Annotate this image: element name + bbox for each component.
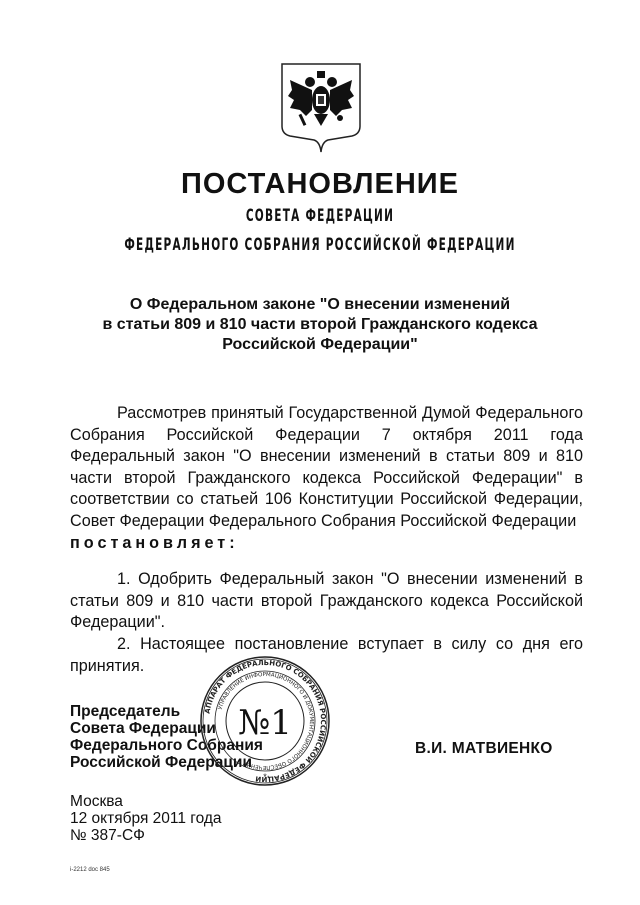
document-number: № 387-СФ	[70, 827, 222, 844]
subject-line: в статьи 809 и 810 части второй Гражданс…	[0, 315, 640, 335]
issuer-line-2: ФЕДЕРАЛЬНОГО СОБРАНИЯ РОССИЙСКОЙ ФЕДЕРАЦ…	[122, 235, 519, 255]
svg-text:*: *	[263, 772, 267, 782]
document-title: ПОСТАНОВЛЕНИЕ	[0, 168, 640, 201]
document-subject: О Федеральном законе "О внесении изменен…	[0, 295, 640, 355]
svg-text:№1: №1	[238, 703, 292, 743]
resolution-item-1: 1. Одобрить Федеральный закон "О внесени…	[70, 569, 583, 634]
document-body: Рассмотрев принятый Государственной Думо…	[70, 403, 583, 677]
preamble-text: Рассмотрев принятый Государственной Думо…	[70, 404, 583, 530]
signer-name: В.И. МАТВИЕНКО	[415, 740, 553, 758]
coat-of-arms-icon	[276, 60, 366, 154]
subject-line: О Федеральном законе "О внесении изменен…	[0, 295, 640, 315]
date: 12 октября 2011 года	[70, 810, 222, 827]
subject-line: Российской Федерации"	[0, 335, 640, 355]
resolves-word: постановляет:	[70, 533, 583, 555]
official-seal-icon: АППАРАТ ФЕДЕРАЛЬНОГО СОБРАНИЯ РОССИЙСКОЙ…	[198, 654, 332, 788]
place-date-number: Москва 12 октября 2011 года № 387-СФ	[70, 793, 222, 844]
issuer-line-1: СОВЕТА ФЕДЕРАЦИИ	[122, 206, 519, 226]
document-page: ПОСТАНОВЛЕНИЕ СОВЕТА ФЕДЕРАЦИИ ФЕДЕРАЛЬН…	[0, 0, 640, 905]
place: Москва	[70, 793, 222, 810]
preamble-paragraph: Рассмотрев принятый Государственной Думо…	[70, 403, 583, 533]
item-text: 1. Одобрить Федеральный закон "О внесени…	[70, 570, 583, 631]
footer-code: i-2212 doc 845	[70, 867, 110, 873]
